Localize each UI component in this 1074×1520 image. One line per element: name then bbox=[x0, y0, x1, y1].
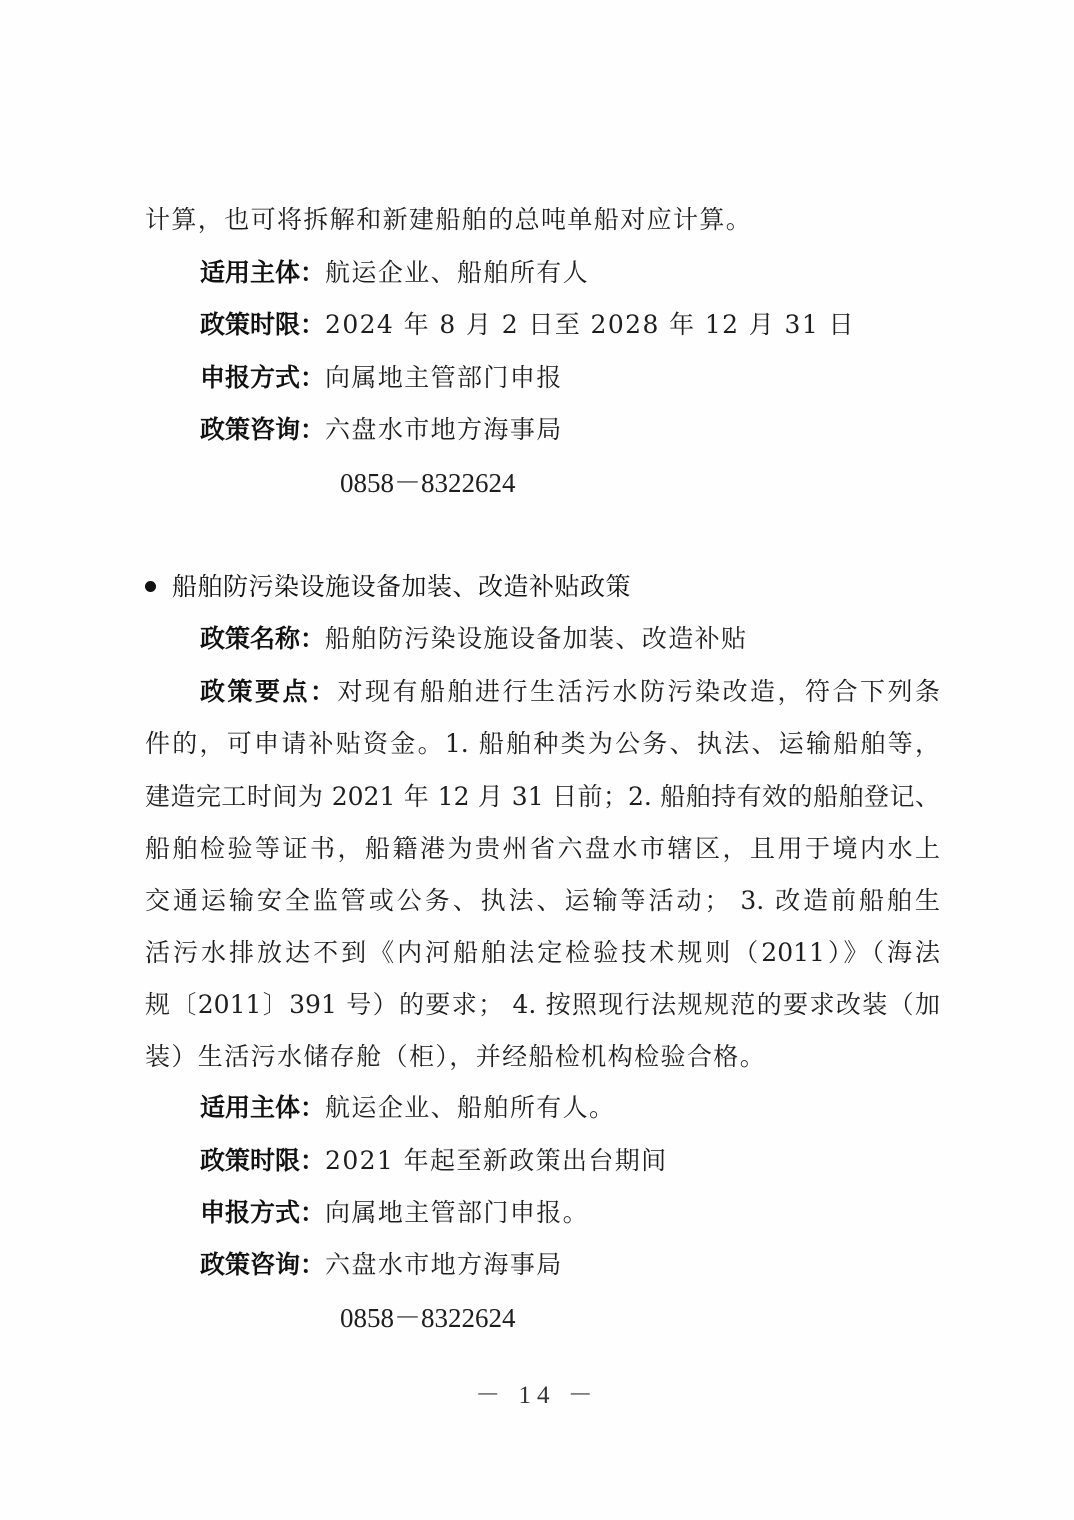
period-value: 2021 年起至新政策出台期间 bbox=[325, 1146, 668, 1175]
points-text: 对现有船舶进行生活污水防污染改造，符合下列条 bbox=[338, 677, 940, 706]
points-label: 政策要点： bbox=[200, 677, 338, 706]
points-line: 交通运输安全监管或公务、执法、运输等活动； 3. 改造前船舶生 bbox=[145, 881, 940, 921]
points-line: 件的，可申请补贴资金。1. 船舶种类为公务、执法、运输船舶等， bbox=[145, 724, 940, 764]
points-line: 活污水排放达不到《内河船舶法定检验技术规则（2011）》（海法 bbox=[145, 933, 940, 973]
consult-value: 六盘水市地方海事局 bbox=[325, 1250, 563, 1279]
policy-b-phone: 0858－8322624 bbox=[340, 1298, 516, 1338]
period-value: 2024 年 8 月 2 日至 2028 年 12 月 31 日 bbox=[325, 310, 855, 339]
consult-label: 政策咨询： bbox=[200, 1250, 325, 1279]
continuation-line: 计算，也可将拆解和新建船舶的总吨单船对应计算。 bbox=[145, 205, 752, 234]
period-label: 政策时限： bbox=[200, 310, 325, 339]
policy-a-period: 政策时限：2024 年 8 月 2 日至 2028 年 12 月 31 日 bbox=[200, 305, 855, 345]
page-number: － 14 － bbox=[0, 1375, 1074, 1411]
period-label: 政策时限： bbox=[200, 1146, 325, 1175]
method-value: 向属地主管部门申报。 bbox=[325, 1198, 589, 1227]
document-page: 计算，也可将拆解和新建船舶的总吨单船对应计算。 适用主体：航运企业、船舶所有人 … bbox=[0, 0, 1074, 1520]
policy-b-period: 政策时限：2021 年起至新政策出台期间 bbox=[200, 1141, 668, 1181]
policy-b-consult: 政策咨询：六盘水市地方海事局 bbox=[200, 1245, 563, 1285]
policy-a-applicable: 适用主体：航运企业、船舶所有人 bbox=[200, 253, 589, 293]
policy-b-heading-row: 船舶防污染设施设备加装、改造补贴政策 bbox=[145, 567, 631, 607]
consult-label: 政策咨询： bbox=[200, 415, 325, 444]
method-label: 申报方式： bbox=[200, 1198, 325, 1227]
policy-a-method: 申报方式：向属地主管部门申报 bbox=[200, 358, 563, 398]
policy-a-phone: 0858－8322624 bbox=[340, 463, 516, 503]
applicable-label: 适用主体： bbox=[200, 1093, 325, 1122]
method-label: 申报方式： bbox=[200, 363, 325, 392]
method-value: 向属地主管部门申报 bbox=[325, 363, 563, 392]
policy-b-name: 政策名称：船舶防污染设施设备加装、改造补贴 bbox=[200, 619, 747, 659]
name-label: 政策名称： bbox=[200, 624, 325, 653]
applicable-value: 航运企业、船舶所有人。 bbox=[325, 1093, 615, 1122]
phone-number: 0858－8322624 bbox=[340, 468, 516, 498]
consult-value: 六盘水市地方海事局 bbox=[325, 415, 563, 444]
points-line: 船舶检验等证书，船籍港为贵州省六盘水市辖区，且用于境内水上 bbox=[145, 829, 940, 869]
policy-a-consult: 政策咨询：六盘水市地方海事局 bbox=[200, 410, 563, 450]
name-value: 船舶防污染设施设备加装、改造补贴 bbox=[325, 624, 747, 653]
points-line: 规〔2011〕391 号）的要求； 4. 按照现行法规规范的要求改装（加 bbox=[145, 985, 940, 1025]
bullet-icon bbox=[145, 581, 156, 592]
points-line: 装）生活污水储存舱（柜），并经船检机构检验合格。 bbox=[145, 1037, 940, 1077]
phone-number: 0858－8322624 bbox=[340, 1303, 516, 1333]
applicable-value: 航运企业、船舶所有人 bbox=[325, 258, 589, 287]
continuation-text: 计算，也可将拆解和新建船舶的总吨单船对应计算。 bbox=[145, 200, 752, 240]
applicable-label: 适用主体： bbox=[200, 258, 325, 287]
section-heading: 船舶防污染设施设备加装、改造补贴政策 bbox=[172, 572, 631, 601]
points-line: 政策要点：对现有船舶进行生活污水防污染改造，符合下列条 bbox=[200, 672, 940, 712]
policy-b-method: 申报方式：向属地主管部门申报。 bbox=[200, 1193, 589, 1233]
points-line: 建造完工时间为 2021 年 12 月 31 日前；2. 船舶持有效的船舶登记、 bbox=[145, 777, 940, 817]
policy-b-applicable: 适用主体：航运企业、船舶所有人。 bbox=[200, 1088, 615, 1128]
